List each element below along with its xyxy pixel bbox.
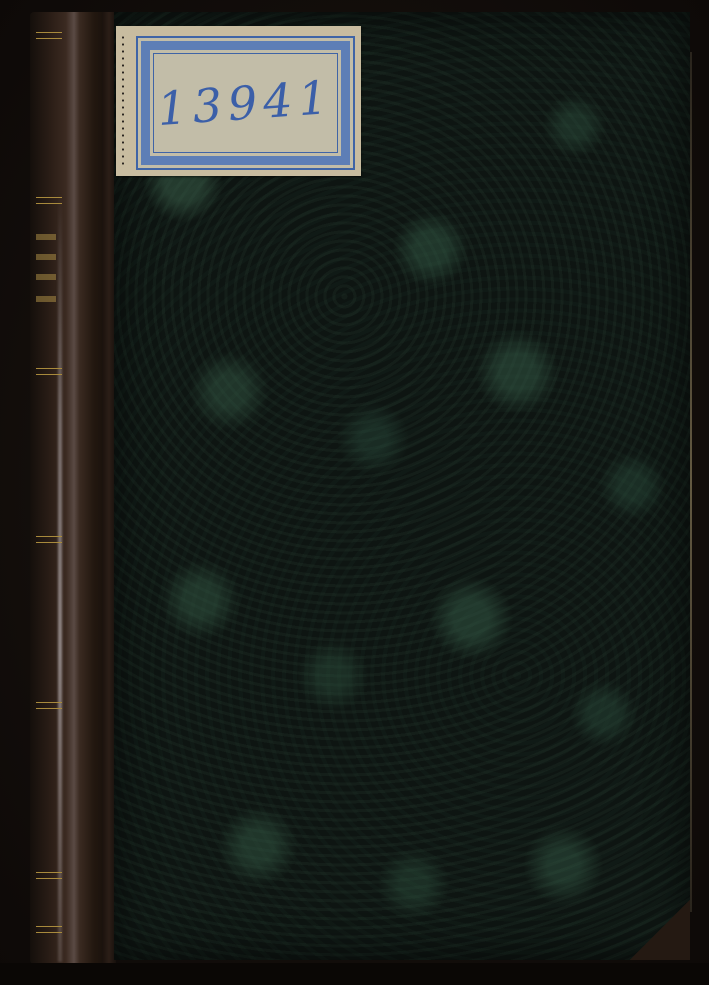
library-label: 13941	[116, 26, 361, 176]
spine-title-line	[36, 296, 56, 302]
label-perforation	[122, 34, 124, 168]
spine-gilt-band	[36, 872, 62, 879]
spine-gilt-band	[36, 926, 62, 933]
worn-corner	[630, 900, 690, 960]
spine-gilt-band	[36, 702, 62, 709]
spine-gilt-band	[36, 536, 62, 543]
spine-title-line	[36, 274, 56, 280]
book: 13941	[30, 12, 692, 964]
spine-title-line	[36, 254, 56, 260]
spine-title-line	[36, 234, 56, 240]
cover-edge	[690, 52, 692, 912]
spine-highlight	[58, 192, 62, 962]
spine-gilt-band	[36, 368, 62, 375]
spine-gilt-band	[36, 32, 62, 39]
bottom-shadow	[0, 963, 709, 985]
label-number: 13941	[136, 69, 354, 138]
label-ornamental-frame: 13941	[136, 36, 355, 170]
book-spine	[30, 12, 110, 964]
spine-gilt-band	[36, 197, 62, 204]
